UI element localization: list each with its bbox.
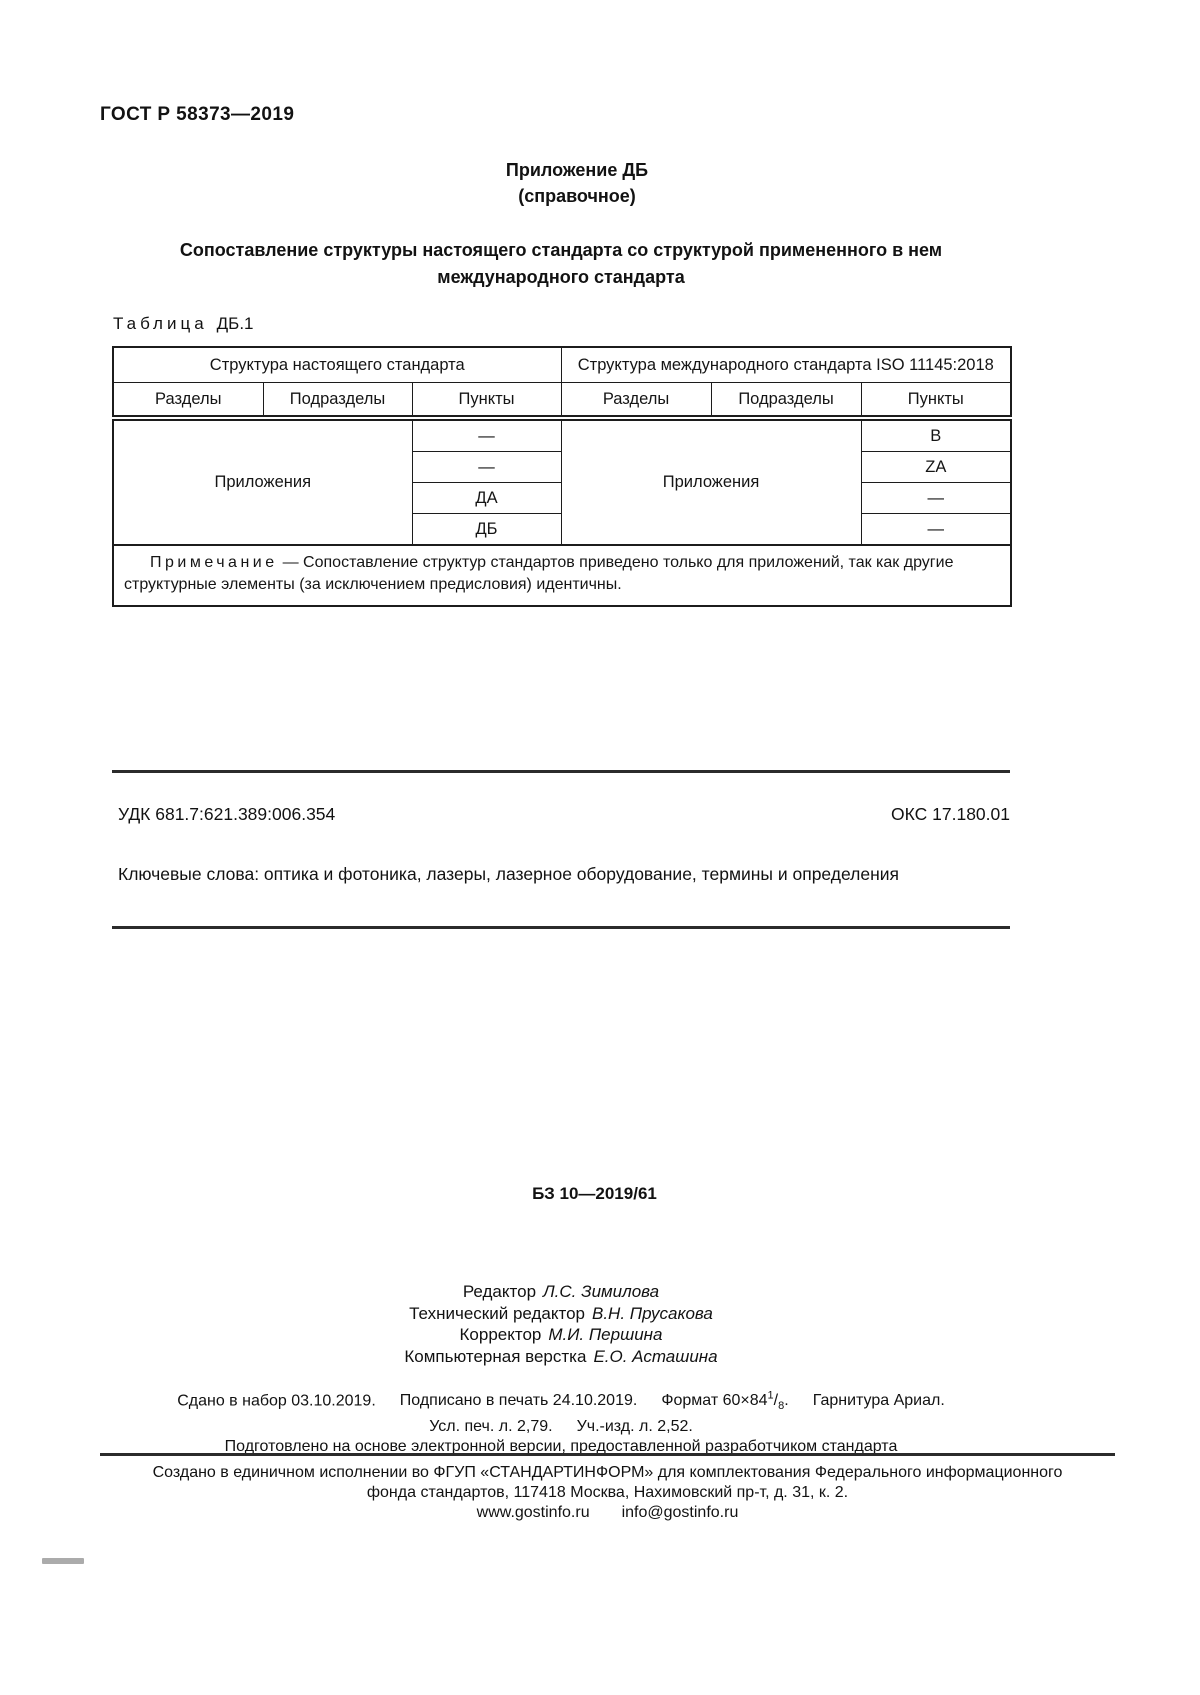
publisher-contacts: www.gostinfo.ruinfo@gostinfo.ru: [100, 1503, 1115, 1523]
table-note-row: Примечание— Сопоставление структур станд…: [113, 545, 1011, 606]
standard-code: ГОСТ Р 58373—2019: [100, 104, 294, 126]
column-header-punkty-left: Пункты: [412, 383, 561, 419]
scan-artifact: [42, 1558, 84, 1564]
classification-codes-row: УДК 681.7:621.389:006.354 ОКС 17.180.01: [118, 804, 1010, 825]
format-period: .: [784, 1392, 788, 1409]
print-date: Подписано в печать 24.10.2019.: [400, 1392, 638, 1409]
horizontal-rule-middle: [112, 926, 1010, 929]
document-page: ГОСТ Р 58373—2019 Приложение ДБ (справоч…: [0, 0, 1200, 1695]
format-spec: Формат 60×841/8.: [661, 1392, 788, 1409]
horizontal-rule-top: [112, 770, 1010, 773]
publisher-info: Создано в единичном исполнении во ФГУП «…: [128, 1463, 1088, 1503]
left-appendices-cell: Приложения: [113, 418, 412, 545]
table-caption-number: ДБ.1: [217, 314, 254, 333]
credit-name: Л.С. Зимилова: [543, 1282, 659, 1301]
credits-block: РедакторЛ.С. Зимилова Технический редакт…: [112, 1281, 1010, 1367]
credit-name: М.И. Першина: [548, 1325, 662, 1344]
document-title: Сопоставление структуры настоящего станд…: [150, 237, 972, 291]
credit-name: Е.О. Асташина: [593, 1347, 717, 1366]
right-point-cell-2: —: [861, 483, 1011, 514]
credit-role: Корректор: [460, 1325, 542, 1344]
credit-role: Технический редактор: [409, 1304, 585, 1323]
credit-name: В.Н. Прусакова: [592, 1304, 713, 1323]
publishing-sheets: Уч.-изд. л. 2,52.: [577, 1418, 693, 1435]
right-point-cell-0: В: [861, 418, 1011, 452]
column-header-razdely-left: Разделы: [113, 383, 263, 419]
annex-heading: Приложение ДБ (справочное): [112, 157, 1042, 209]
horizontal-rule-bottom: [100, 1453, 1115, 1456]
structure-comparison-table: Структура настоящего стандарта Структура…: [112, 346, 1012, 607]
table-note: Примечание— Сопоставление структур станд…: [113, 545, 1011, 606]
credit-line-technical-editor: Технический редакторВ.Н. Прусакова: [112, 1303, 1010, 1325]
table-group-header-row: Структура настоящего стандарта Структура…: [113, 347, 1011, 383]
set-date: Сдано в набор 03.10.2019.: [177, 1392, 376, 1409]
note-label: Примечание: [150, 554, 278, 571]
left-point-cell-2: ДА: [412, 483, 561, 514]
column-header-podrazdely-right: Подразделы: [711, 383, 861, 419]
column-header-razdely-right: Разделы: [561, 383, 711, 419]
annex-name: Приложение ДБ: [112, 157, 1042, 183]
publisher-email: info@gostinfo.ru: [622, 1504, 739, 1521]
conventional-sheets: Усл. печ. л. 2,79.: [429, 1418, 552, 1435]
oks-code: ОКС 17.180.01: [891, 804, 1010, 825]
credit-role: Компьютерная верстка: [404, 1347, 586, 1366]
credit-role: Редактор: [463, 1282, 536, 1301]
credit-line-corrector: КорректорМ.И. Першина: [112, 1324, 1010, 1346]
publisher-website: www.gostinfo.ru: [477, 1504, 590, 1521]
imprint-line-1: Сдано в набор 03.10.2019.Подписано в печ…: [112, 1386, 1010, 1417]
annex-type: (справочное): [112, 183, 1042, 209]
column-header-podrazdely-left: Подразделы: [263, 383, 412, 419]
right-appendices-cell: Приложения: [561, 418, 861, 545]
column-header-punkty-right: Пункты: [861, 383, 1011, 419]
right-point-cell-3: —: [861, 514, 1011, 546]
imprint-line-2: Усл. печ. л. 2,79.Уч.-изд. л. 2,52.: [112, 1417, 1010, 1437]
table-caption-word: Таблица: [113, 314, 208, 333]
group-header-iso-standard: Структура международного стандарта ISO 1…: [561, 347, 1011, 383]
format-label: Формат 60×84: [661, 1392, 767, 1409]
table-column-header-row: Разделы Подразделы Пункты Разделы Подраз…: [113, 383, 1011, 419]
group-header-this-standard: Структура настоящего стандарта: [113, 347, 561, 383]
typeface: Гарнитура Ариал.: [813, 1392, 945, 1409]
left-point-cell-1: —: [412, 452, 561, 483]
edition-code: БЗ 10—2019/61: [112, 1184, 1077, 1204]
table-caption: ТаблицаДБ.1: [113, 314, 254, 334]
credit-line-layout: Компьютерная версткаЕ.О. Асташина: [112, 1346, 1010, 1368]
credit-line-editor: РедакторЛ.С. Зимилова: [112, 1281, 1010, 1303]
udk-code: УДК 681.7:621.389:006.354: [118, 804, 335, 825]
left-point-cell-0: —: [412, 418, 561, 452]
publisher-block: Создано в единичном исполнении во ФГУП «…: [100, 1463, 1115, 1523]
right-point-cell-1: ZA: [861, 452, 1011, 483]
imprint-block: Сдано в набор 03.10.2019.Подписано в печ…: [112, 1386, 1010, 1457]
keywords-line: Ключевые слова: оптика и фотоника, лазер…: [118, 864, 899, 885]
left-point-cell-3: ДБ: [412, 514, 561, 546]
table-body-row: Приложения — Приложения В: [113, 418, 1011, 452]
